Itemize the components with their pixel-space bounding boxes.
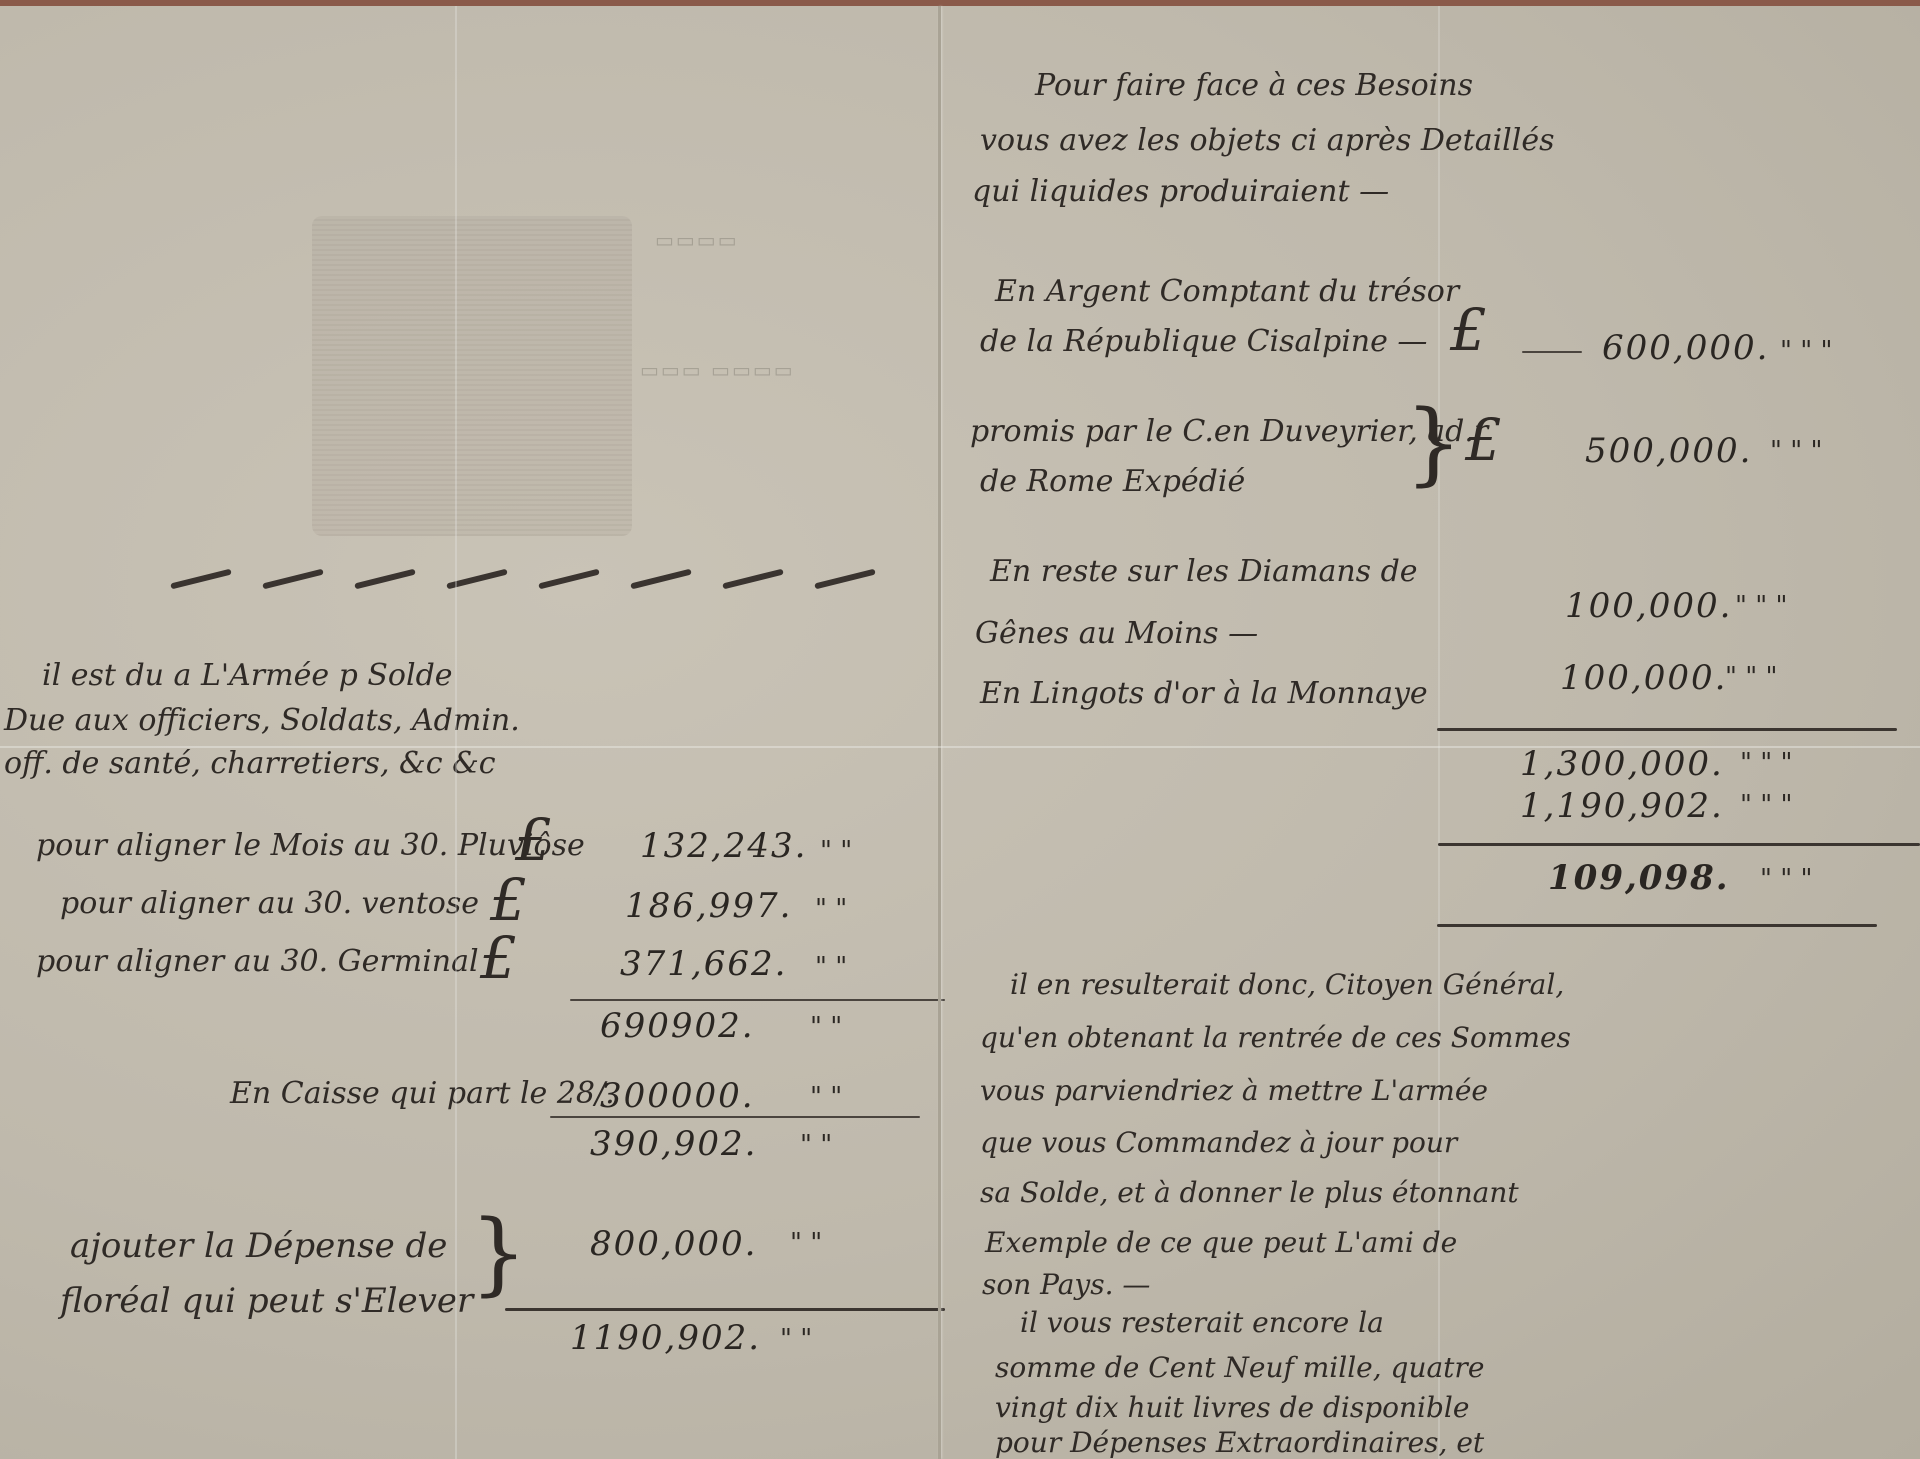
balance-rule: [1437, 924, 1877, 927]
total-amount: 1190,902.: [570, 1318, 761, 1358]
conclusion-line: Exemple de ce que peut L'ami de: [985, 1226, 1457, 1259]
ditto-marks: " " ": [1735, 591, 1787, 621]
paper-fold: [455, 6, 457, 1459]
entry-amount: 100,000.: [1560, 658, 1727, 698]
addition-label: floréal qui peut s'Elever: [60, 1281, 473, 1321]
entry-label: de la République Cisalpine —: [980, 324, 1427, 359]
faded-stamp-block: [312, 216, 632, 536]
ditto-marks: " ": [810, 1082, 842, 1112]
entry-label: En reste sur les Diamans de: [990, 554, 1418, 589]
addition-label: ajouter la Dépense de: [70, 1226, 447, 1266]
intro-line: vous avez les objets ci après Detaillés: [980, 123, 1555, 158]
flourish-dash: [538, 569, 600, 590]
ditto-marks: " " ": [1780, 336, 1832, 366]
document-sheet: ▭▭▭▭ ▭▭▭ ▭▭▭▭ il est du a L'Armée p Sold…: [0, 6, 1920, 1459]
ditto-marks: " ": [780, 1324, 812, 1354]
intro-line: Due aux officiers, Soldats, Admin.: [4, 703, 520, 738]
ditto-marks: " " ": [1725, 662, 1777, 692]
livre-sign: £: [515, 806, 552, 874]
remaining-amount: 390,902.: [590, 1124, 757, 1164]
entry-amount: 600,000.: [1602, 328, 1769, 368]
conclusion-line: pour Dépenses Extraordinaires, et: [995, 1426, 1484, 1459]
curly-brace: }: [470, 1201, 527, 1306]
sum-rule: [1437, 728, 1897, 731]
ditto-marks: " ": [820, 836, 852, 866]
ditto-marks: " " ": [1760, 864, 1812, 894]
cash-amount: 300000.: [600, 1076, 755, 1116]
entry-amount: 100,000.: [1565, 586, 1732, 626]
intro-line: off. de santé, charretiers, &c &c: [4, 746, 496, 781]
faded-print-mark: ▭▭▭▭: [655, 228, 739, 252]
total-rule: [505, 1308, 945, 1311]
balance-amount: 109,098.: [1548, 858, 1730, 898]
intro-line: il est du a L'Armée p Solde: [42, 658, 453, 693]
conclusion-line: qu'en obtenant la rentrée de ces Sommes: [980, 1021, 1571, 1054]
entry-amount: 371,662.: [620, 944, 787, 984]
sum-rule: [570, 999, 945, 1001]
cash-label: En Caisse qui part le 28/.: [230, 1076, 615, 1111]
entry-label: de Rome Expédié: [980, 464, 1245, 499]
flourish-dash: [722, 569, 784, 590]
ditto-marks: " ": [815, 952, 847, 982]
intro-line: Pour faire face à ces Besoins: [1035, 68, 1473, 103]
leader-dash: [1522, 351, 1582, 353]
ditto-marks: " ": [800, 1130, 832, 1160]
left-page: ▭▭▭▭ ▭▭▭ ▭▭▭▭ il est du a L'Armée p Sold…: [0, 6, 940, 1459]
entry-label: pour aligner au 30. Germinal: [36, 944, 479, 979]
ditto-marks: " " ": [1770, 436, 1822, 466]
addition-amount: 800,000.: [590, 1224, 757, 1264]
less-amount: 1,190,902.: [1520, 786, 1724, 826]
difference-rule: [550, 1116, 920, 1118]
center-fold: [938, 6, 941, 1459]
entry-label: Gênes au Moins —: [975, 616, 1258, 651]
entry-amount: 186,997.: [625, 886, 792, 926]
sum-amount: 1,300,000.: [1520, 744, 1724, 784]
entry-label: En Lingots d'or à la Monnaye: [980, 676, 1428, 711]
conclusion-line: vingt dix huit livres de disponible: [995, 1391, 1469, 1424]
livre-sign: £: [1450, 296, 1487, 364]
flourish-dash: [814, 569, 876, 590]
conclusion-line: sa Solde, et à donner le plus étonnant: [980, 1176, 1519, 1209]
ditto-marks: " ": [810, 1012, 842, 1042]
entry-label: pour aligner au 30. ventose: [60, 886, 479, 921]
flourish-dash: [262, 569, 324, 590]
entry-label: En Argent Comptant du trésor: [995, 274, 1459, 309]
entry-label: pour aligner le Mois au 30. Pluviôse: [36, 828, 585, 863]
ditto-marks: " " ": [1740, 790, 1792, 820]
flourish-dash: [630, 569, 692, 590]
entry-amount: 500,000.: [1585, 431, 1752, 471]
entry-amount: 132,243.: [640, 826, 807, 866]
curly-brace: }: [1405, 391, 1462, 496]
decorative-dash-row: [170, 576, 876, 582]
flourish-dash: [170, 569, 232, 590]
conclusion-line: son Pays. —: [982, 1268, 1150, 1301]
flourish-dash: [354, 569, 416, 590]
ditto-marks: " ": [790, 1228, 822, 1258]
livre-sign: £: [480, 924, 517, 992]
ditto-marks: " " ": [1740, 748, 1792, 778]
conclusion-line: somme de Cent Neuf mille, quatre: [995, 1351, 1484, 1384]
faded-print-mark: ▭▭▭ ▭▭▭▭: [640, 358, 795, 382]
conclusion-line: il en resulterait donc, Citoyen Général,: [1010, 968, 1564, 1001]
ditto-marks: " ": [815, 894, 847, 924]
conclusion-line: il vous resterait encore la: [1020, 1306, 1384, 1339]
intro-line: qui liquides produiraient —: [972, 174, 1389, 209]
conclusion-line: que vous Commandez à jour pour: [980, 1126, 1457, 1159]
difference-rule: [1438, 843, 1920, 846]
conclusion-line: vous parviendriez à mettre L'armée: [980, 1074, 1488, 1107]
subtotal-amount: 690902.: [600, 1006, 755, 1046]
livre-sign: £: [1465, 406, 1502, 474]
